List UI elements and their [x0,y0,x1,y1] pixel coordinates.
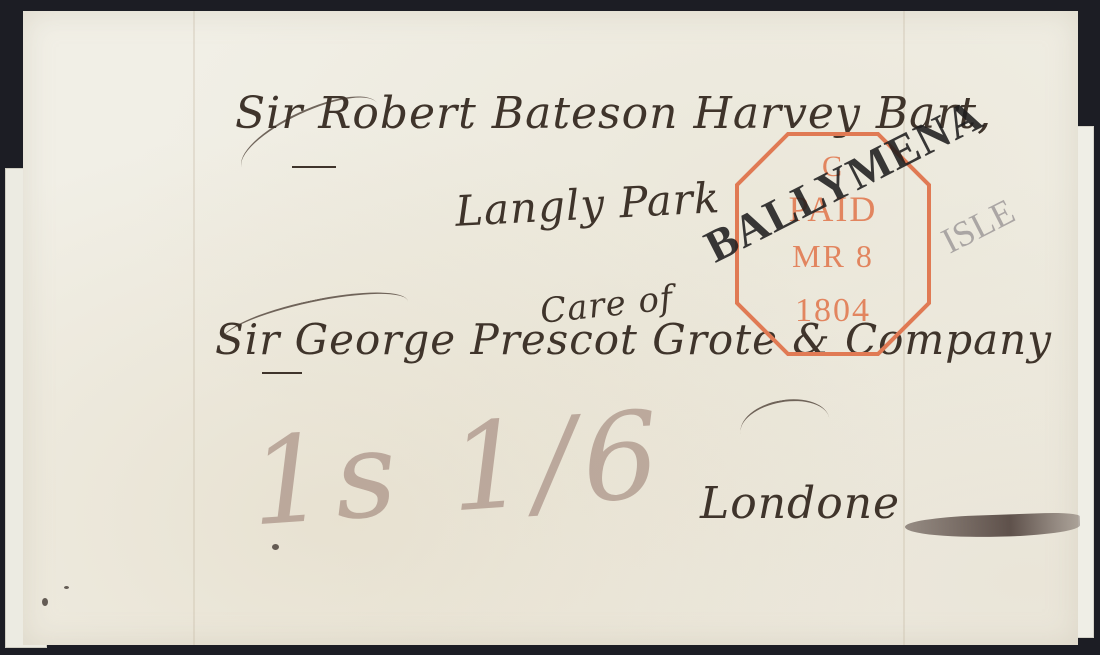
paid-stamp-year: 1804 [733,292,933,330]
rate-marking: 1s 1/6 [246,386,672,554]
fold-crease [193,11,195,645]
ink-spot [42,598,48,606]
underline [262,372,302,374]
address-line-city: Londone [700,478,900,529]
ink-spot [64,586,69,589]
underline [292,166,336,168]
ink-spot [272,544,279,550]
